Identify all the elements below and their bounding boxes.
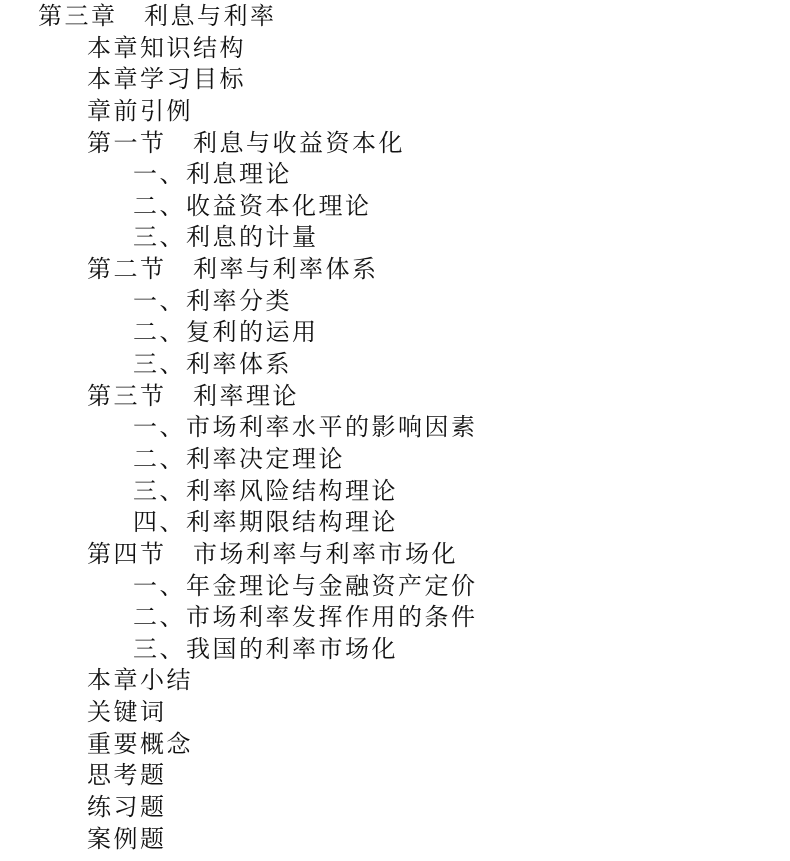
toc-entry-sub: 一、利息理论 xyxy=(0,159,790,191)
toc-entry: 思考题 xyxy=(0,760,790,792)
document-page: 第三章 利息与利率 本章知识结构 本章学习目标 章前引例 第一节 利息与收益资本… xyxy=(0,0,790,861)
toc-entry-sub: 三、利率体系 xyxy=(0,349,790,381)
toc-entry-section: 第三节 利率理论 xyxy=(0,381,790,413)
toc-entry-section: 第一节 利息与收益资本化 xyxy=(0,128,790,160)
toc-entry: 练习题 xyxy=(0,792,790,824)
toc-entry-sub: 二、复利的运用 xyxy=(0,317,790,349)
toc-entry: 章前引例 xyxy=(0,96,790,128)
toc-entry: 关键词 xyxy=(0,697,790,729)
toc-entry: 案例题 xyxy=(0,824,790,856)
toc-entry-sub: 三、利息的计量 xyxy=(0,222,790,254)
toc-entry-sub: 一、利率分类 xyxy=(0,286,790,318)
chapter-title: 第三章 利息与利率 xyxy=(0,1,790,33)
toc-entry-section: 第四节 市场利率与利率市场化 xyxy=(0,539,790,571)
toc-entry-sub: 一、年金理论与金融资产定价 xyxy=(0,571,790,603)
toc-entry: 本章学习目标 xyxy=(0,64,790,96)
toc-entry-sub: 二、利率决定理论 xyxy=(0,444,790,476)
toc-entry-sub: 四、利率期限结构理论 xyxy=(0,507,790,539)
toc-entry: 本章知识结构 xyxy=(0,33,790,65)
toc-entry-sub: 三、利率风险结构理论 xyxy=(0,476,790,508)
toc-entry: 重要概念 xyxy=(0,729,790,761)
toc-entry-sub: 二、收益资本化理论 xyxy=(0,191,790,223)
toc-entry: 本章小结 xyxy=(0,665,790,697)
toc-entry-sub: 一、市场利率水平的影响因素 xyxy=(0,412,790,444)
toc-entry-sub: 二、市场利率发挥作用的条件 xyxy=(0,602,790,634)
toc-entry-section: 第二节 利率与利率体系 xyxy=(0,254,790,286)
toc-entry-sub: 三、我国的利率市场化 xyxy=(0,634,790,666)
